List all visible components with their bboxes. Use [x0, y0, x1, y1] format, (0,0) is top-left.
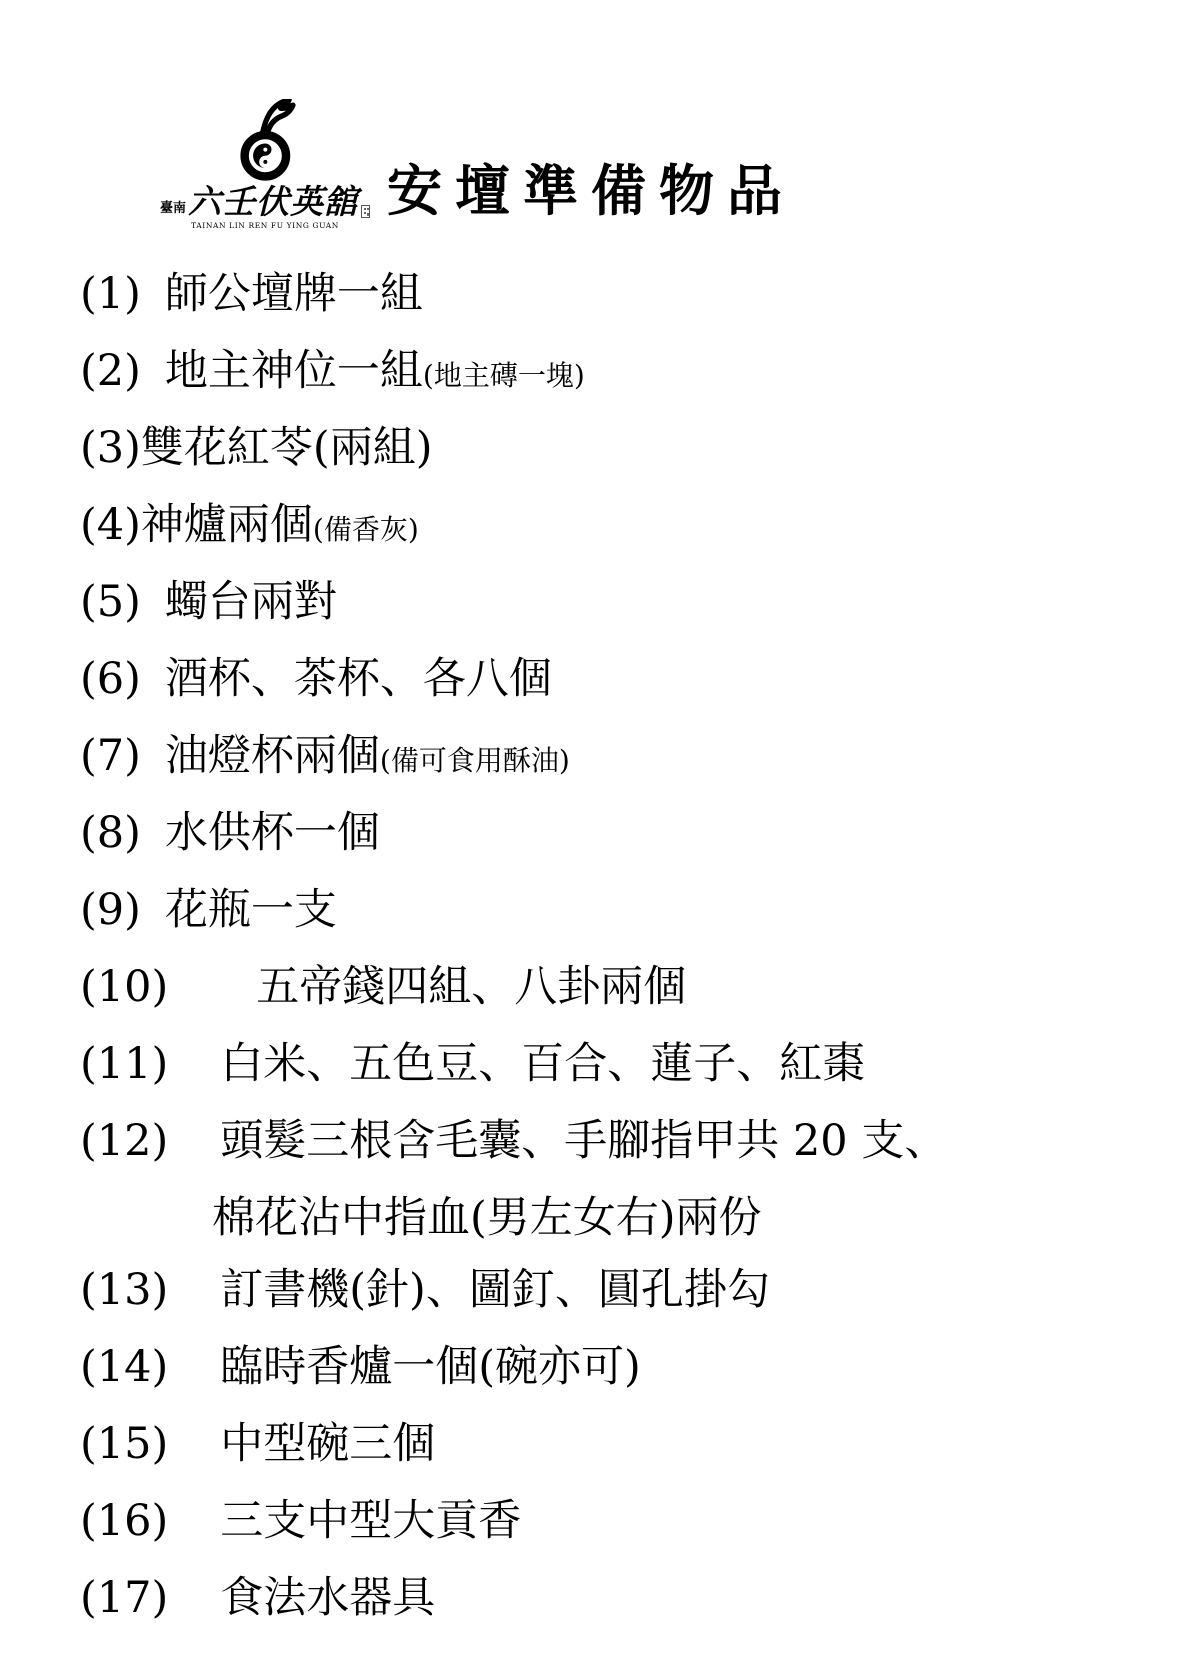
- item-text: 五帝錢四組、八卦兩個: [256, 962, 686, 1012]
- list-item: (2)地主神位一組(地主磚一塊): [80, 335, 1124, 412]
- item-number: (5): [80, 566, 141, 638]
- list-item: (16)三支中型大貢香: [80, 1485, 1124, 1562]
- item-number: (15): [80, 1408, 168, 1480]
- list-item: (1)師公壇牌一組: [80, 258, 1124, 335]
- list-item: (9)花瓶一支: [80, 874, 1124, 951]
- item-text: 蠋台兩對: [165, 577, 337, 627]
- item-list: (1)師公壇牌一組 (2)地主神位一組(地主磚一塊) (3)雙花紅苓(兩組) (…: [80, 258, 1124, 1639]
- item-text: 水供杯一個: [165, 808, 380, 858]
- logo-english-name: TAINAN LIN REN FU YING GUAN: [191, 221, 339, 230]
- list-item: (14)臨時香爐一個(碗亦可): [80, 1331, 1124, 1408]
- item-note: (備香灰): [313, 513, 419, 546]
- item-number: (13): [80, 1254, 168, 1326]
- item-number: (10): [80, 951, 168, 1023]
- page-title: 安壇準備物品: [387, 147, 795, 230]
- item-text: 油燈杯兩個: [165, 731, 380, 781]
- list-item: (8)水供杯一個: [80, 797, 1124, 874]
- item-text: 雙花紅苓(兩組): [141, 423, 433, 473]
- dragon-yinyang-icon: [227, 99, 304, 191]
- item-number: (9): [80, 874, 141, 946]
- item-number: (1): [80, 258, 141, 330]
- item-number: (8): [80, 797, 141, 869]
- item-number: (16): [80, 1485, 168, 1557]
- item-text-continuation: 棉花沾中指血(男左女右)兩份: [212, 1193, 762, 1243]
- item-text: 中型碗三個: [220, 1419, 435, 1469]
- logo-city-text: 臺南: [160, 202, 186, 216]
- item-number: (7): [80, 720, 141, 792]
- list-item: (3)雙花紅苓(兩組): [80, 412, 1124, 489]
- item-text: 花瓶一支: [165, 885, 337, 935]
- list-item: (10)五帝錢四組、八卦兩個: [80, 951, 1124, 1028]
- item-text: 白米、五色豆、百合、蓮子、紅棗: [220, 1039, 865, 1089]
- item-text: 地主神位一組: [165, 346, 423, 396]
- item-text: 師公壇牌一組: [165, 269, 423, 319]
- list-item: (5)蠋台兩對: [80, 566, 1124, 643]
- item-number: (4): [80, 489, 141, 561]
- item-text: 頭髮三根含毛囊、手腳指甲共 20 支、: [220, 1116, 947, 1166]
- item-number: (3): [80, 412, 141, 484]
- list-item: (7)油燈杯兩個(備可食用酥油): [80, 720, 1124, 797]
- list-item: (15)中型碗三個: [80, 1408, 1124, 1485]
- list-item: (12)頭髮三根含毛囊、手腳指甲共 20 支、: [80, 1105, 1124, 1182]
- item-text: 神爐兩個: [141, 500, 313, 550]
- list-item: (6)酒杯、茶杯、各八個: [80, 643, 1124, 720]
- item-number: (17): [80, 1562, 168, 1634]
- list-item: (17)食法水器具: [80, 1562, 1124, 1639]
- logo-name-row: 臺南 六壬伏英舘: [160, 185, 370, 218]
- document-page: 臺南 六壬伏英舘 TAINAN LIN REN FU YING GUAN 安壇準…: [0, 0, 1184, 1674]
- item-number: (14): [80, 1331, 168, 1403]
- item-number: (2): [80, 335, 141, 407]
- item-number: (11): [80, 1028, 168, 1100]
- logo-seal-icon: [361, 205, 370, 218]
- item-number: (12): [80, 1105, 168, 1177]
- item-note: (備可食用酥油): [380, 744, 570, 777]
- list-item: (11)白米、五色豆、百合、蓮子、紅棗: [80, 1028, 1124, 1105]
- item-text: 訂書機(針)、圖釘、圓孔掛勾: [220, 1265, 770, 1315]
- logo-city-label: 臺南: [160, 202, 186, 216]
- temple-logo: 臺南 六壬伏英舘 TAINAN LIN REN FU YING GUAN: [165, 99, 365, 230]
- item-number: (6): [80, 643, 141, 715]
- document-header: 臺南 六壬伏英舘 TAINAN LIN REN FU YING GUAN 安壇準…: [165, 80, 1124, 230]
- item-text: 臨時香爐一個(碗亦可): [220, 1342, 641, 1392]
- item-note: (地主磚一塊): [423, 359, 585, 392]
- item-text: 食法水器具: [220, 1573, 435, 1623]
- logo-temple-name: 六壬伏英舘: [188, 185, 358, 218]
- list-item: (13)訂書機(針)、圖釘、圓孔掛勾: [80, 1254, 1124, 1331]
- list-item-continuation: 棉花沾中指血(男左女右)兩份: [80, 1182, 1124, 1254]
- item-text: 酒杯、茶杯、各八個: [165, 654, 552, 704]
- list-item: (4)神爐兩個(備香灰): [80, 489, 1124, 566]
- item-text: 三支中型大貢香: [220, 1496, 521, 1546]
